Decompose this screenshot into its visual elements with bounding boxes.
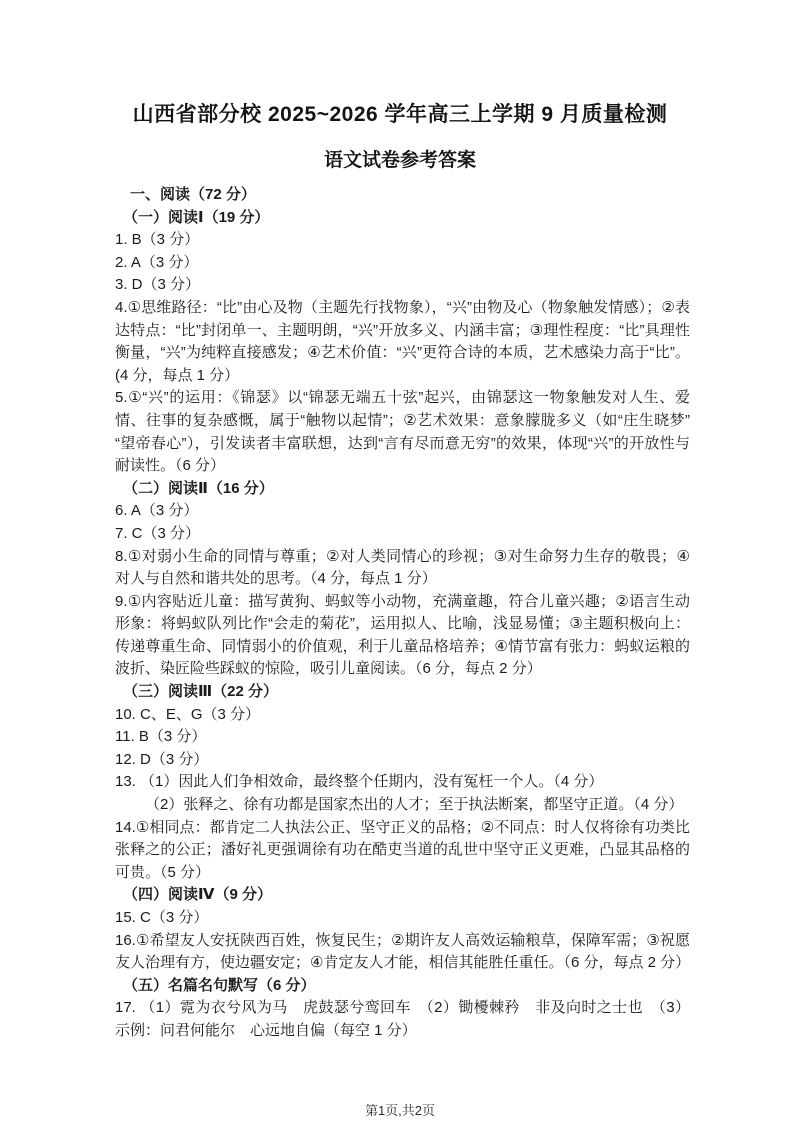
subsection-heading: （五）名篇名句默写（6 分）: [115, 975, 690, 998]
answer-line: （2）张释之、徐有功都是国家杰出的人才；至于执法断案，都坚守正道。（4 分）: [115, 794, 690, 817]
answer-line: 4.①思维路径：“比”由心及物（主题先行找物象），“兴”由物及心（物象触发情感）…: [115, 297, 690, 387]
answer-line: 5.①“兴”的运用：《锦瑟》以“锦瑟无端五十弦”起兴，由锦瑟这一物象触发对人生、…: [115, 387, 690, 477]
answer-line: 14.①相同点：都肯定二人执法公正、坚守正义的品格；②不同点：时人仅将徐有功类比…: [115, 817, 690, 885]
document-title: 山西省部分校 2025~2026 学年高三上学期 9 月质量检测: [0, 0, 800, 130]
subsection-heading: （四）阅读Ⅳ（9 分）: [115, 884, 690, 907]
answer-line: 15. C（3 分）: [115, 907, 690, 930]
answer-line: 13. （1）因此人们争相效命，最终整个任期内，没有冤枉一个人。（4 分）: [115, 771, 690, 794]
answer-lines: 一、阅读（72 分）（一）阅读Ⅰ（19 分）1. B（3 分）2. A（3 分）…: [115, 184, 690, 1043]
answer-line: 3. D（3 分）: [115, 274, 690, 297]
answer-line: 1. B（3 分）: [115, 229, 690, 252]
answer-line: 8.①对弱小生命的同情与尊重；②对人类同情心的珍视；③对生命努力生存的敬畏；④对…: [115, 546, 690, 591]
answer-line: 2. A（3 分）: [115, 252, 690, 275]
answer-line: 16.①希望友人安抚陕西百姓，恢复民生；②期许友人高效运输粮草，保障军需；③祝愿…: [115, 930, 690, 975]
answer-line: 6. A（3 分）: [115, 500, 690, 523]
answer-line: 10. C、E、G（3 分）: [115, 704, 690, 727]
subsection-heading: （二）阅读Ⅱ（16 分）: [115, 478, 690, 501]
document-page: 山西省部分校 2025~2026 学年高三上学期 9 月质量检测 语文试卷参考答…: [0, 0, 800, 1132]
document-subtitle: 语文试卷参考答案: [0, 147, 800, 175]
answer-line: 11. B（3 分）: [115, 726, 690, 749]
subsection-heading: （一）阅读Ⅰ（19 分）: [115, 207, 690, 230]
subsection-heading: （三）阅读Ⅲ（22 分）: [115, 681, 690, 704]
answer-line: 17. （1）霓为衣兮风为马 虎鼓瑟兮鸾回车 （2）锄櫌棘矜 非及向时之士也 （…: [115, 997, 690, 1042]
section-heading: 一、阅读（72 分）: [115, 184, 690, 207]
answer-line: 12. D（3 分）: [115, 749, 690, 772]
page-footer: 第1页,共2页: [0, 1100, 800, 1119]
answer-line: 7. C（3 分）: [115, 523, 690, 546]
answer-line: 9.①内容贴近儿童：描写黄狗、蚂蚁等小动物，充满童趣，符合儿童兴趣；②语言生动形…: [115, 591, 690, 681]
